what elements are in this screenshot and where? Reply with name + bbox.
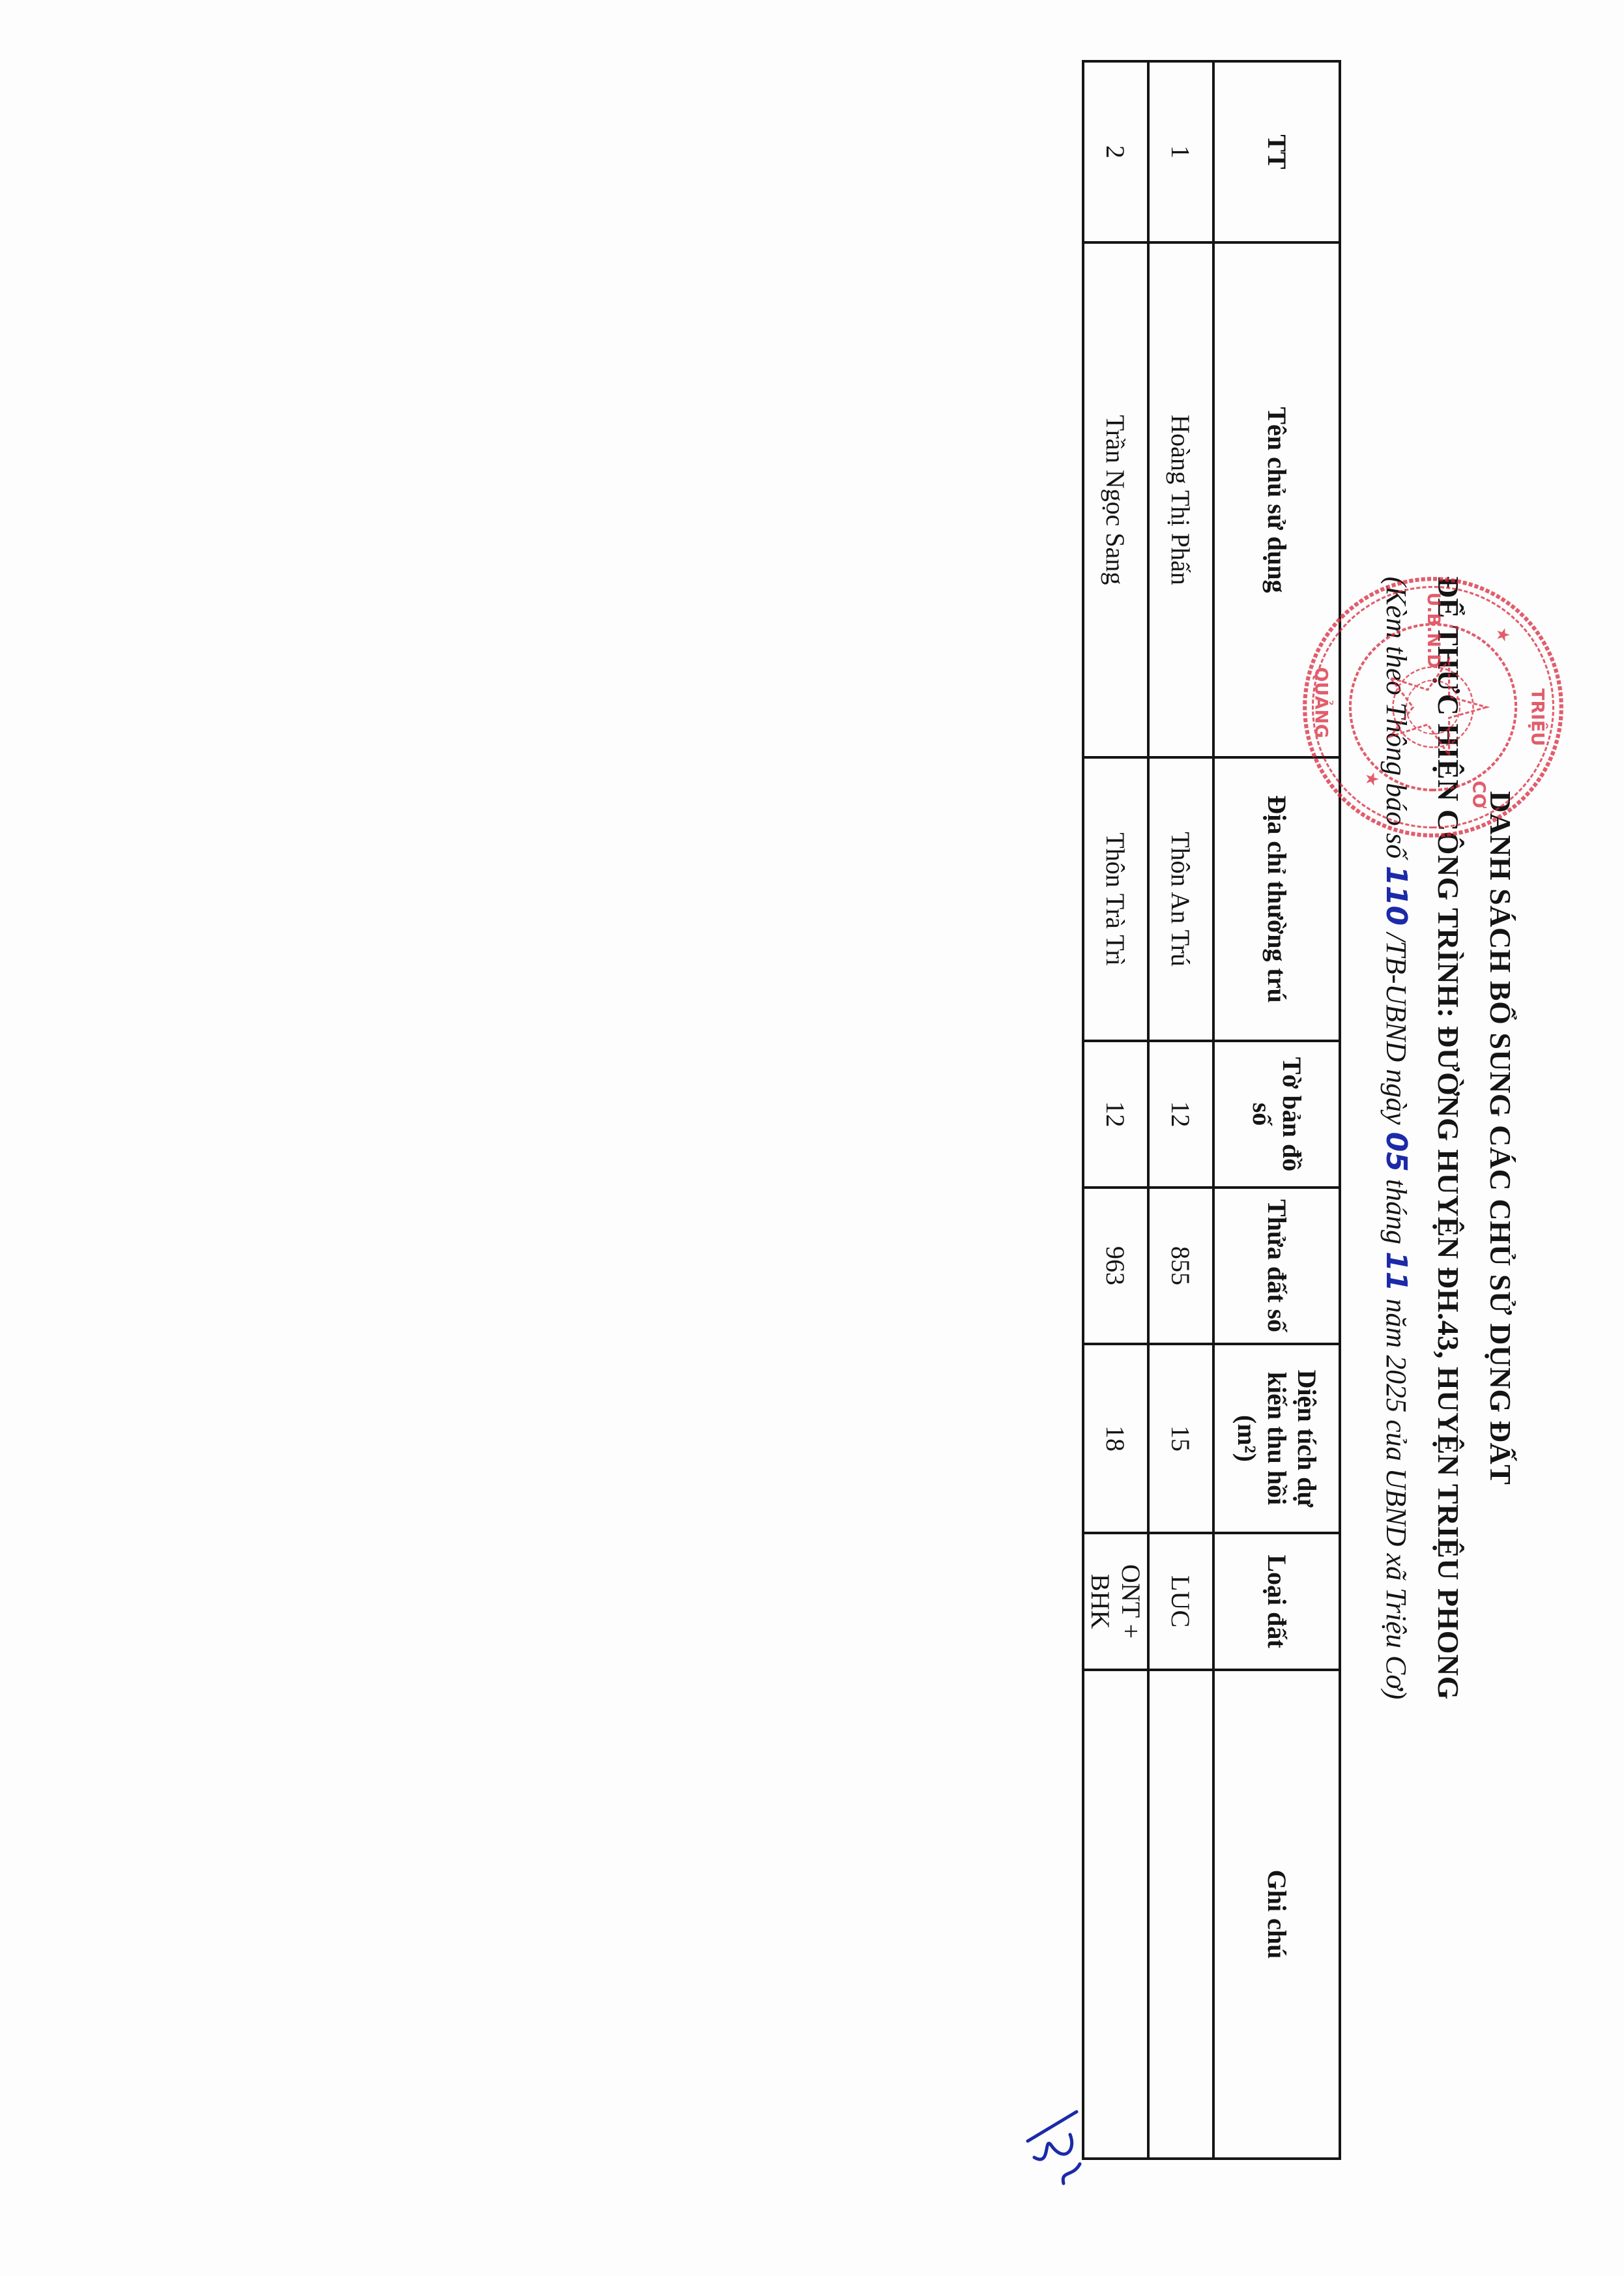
cell-land-type: ONT + BHK [1083, 1533, 1148, 1670]
header-owner-name: Tên chủ sử dụng [1213, 242, 1340, 757]
table-row: 2 Trần Ngọc Sang Thôn Trà Trì 12 963 18 … [1083, 61, 1148, 2159]
cell-parcel: 855 [1148, 1188, 1213, 1344]
reference-mid2: tháng [1380, 1179, 1412, 1244]
reference-suffix: năm 2025 của UBND xã Triệu Cơ) [1380, 1298, 1412, 1699]
document-subtitle: ĐỂ THỰC HIỆN CÔNG TRÌNH: ĐƯỜNG HUYỆN ĐH.… [1422, 0, 1474, 2276]
handwritten-day: 05 [1380, 1132, 1413, 1172]
header-note: Ghi chú [1213, 1670, 1340, 2159]
land-owner-table: TT Tên chủ sử dụng Địa chỉ thường trú Tờ… [1082, 60, 1341, 2160]
header-parcel: Thửa đất số [1213, 1188, 1340, 1344]
handwritten-initials-icon [1018, 2105, 1090, 2190]
cell-address: Thôn An Trú [1148, 757, 1213, 1041]
handwritten-month: 11 [1380, 1251, 1413, 1291]
cell-map-sheet: 12 [1148, 1041, 1213, 1188]
cell-owner-name: Trần Ngọc Sang [1083, 242, 1148, 757]
cell-land-type: LUC [1148, 1533, 1213, 1670]
svg-text:TRIỆU: TRIỆU [1528, 688, 1548, 746]
document-page: DANH SÁCH BỔ SUNG CÁC CHỦ SỬ DỤNG ĐẤT ĐỂ… [0, 0, 1624, 2276]
cell-note [1148, 1670, 1213, 2159]
header-area: Diện tích dự kiến thu hồi (m²) [1213, 1344, 1340, 1533]
header-tt: TT [1213, 61, 1340, 242]
cell-parcel: 963 [1083, 1188, 1148, 1344]
document-reference: (Kèm theo Thông báo số 110 /TB-UBND ngày… [1370, 0, 1422, 2276]
header-map-sheet: Tờ bản đồ số [1213, 1041, 1340, 1188]
reference-mid1: /TB-UBND ngày [1380, 933, 1412, 1125]
cell-area: 18 [1083, 1344, 1148, 1533]
cell-note [1083, 1670, 1148, 2159]
reference-prefix: (Kèm theo Thông báo số [1380, 577, 1412, 859]
table-row: 1 Hoàng Thị Phấn Thôn An Trú 12 855 15 L… [1148, 61, 1213, 2159]
cell-tt: 1 [1148, 61, 1213, 242]
cell-area: 15 [1148, 1344, 1213, 1533]
document-title: DANH SÁCH BỔ SUNG CÁC CHỦ SỬ DỤNG ĐẤT [1474, 0, 1526, 2276]
handwritten-notice-number: 110 [1380, 866, 1413, 926]
table-header-row: TT Tên chủ sử dụng Địa chỉ thường trú Tờ… [1213, 61, 1340, 2159]
cell-tt: 2 [1083, 61, 1148, 242]
header-land-type: Loại đất [1213, 1533, 1340, 1670]
cell-map-sheet: 12 [1083, 1041, 1148, 1188]
cell-owner-name: Hoàng Thị Phấn [1148, 242, 1213, 757]
cell-address: Thôn Trà Trì [1083, 757, 1148, 1041]
header-address: Địa chỉ thường trú [1213, 757, 1340, 1041]
title-block: DANH SÁCH BỔ SUNG CÁC CHỦ SỬ DỤNG ĐẤT ĐỂ… [1370, 0, 1526, 2276]
